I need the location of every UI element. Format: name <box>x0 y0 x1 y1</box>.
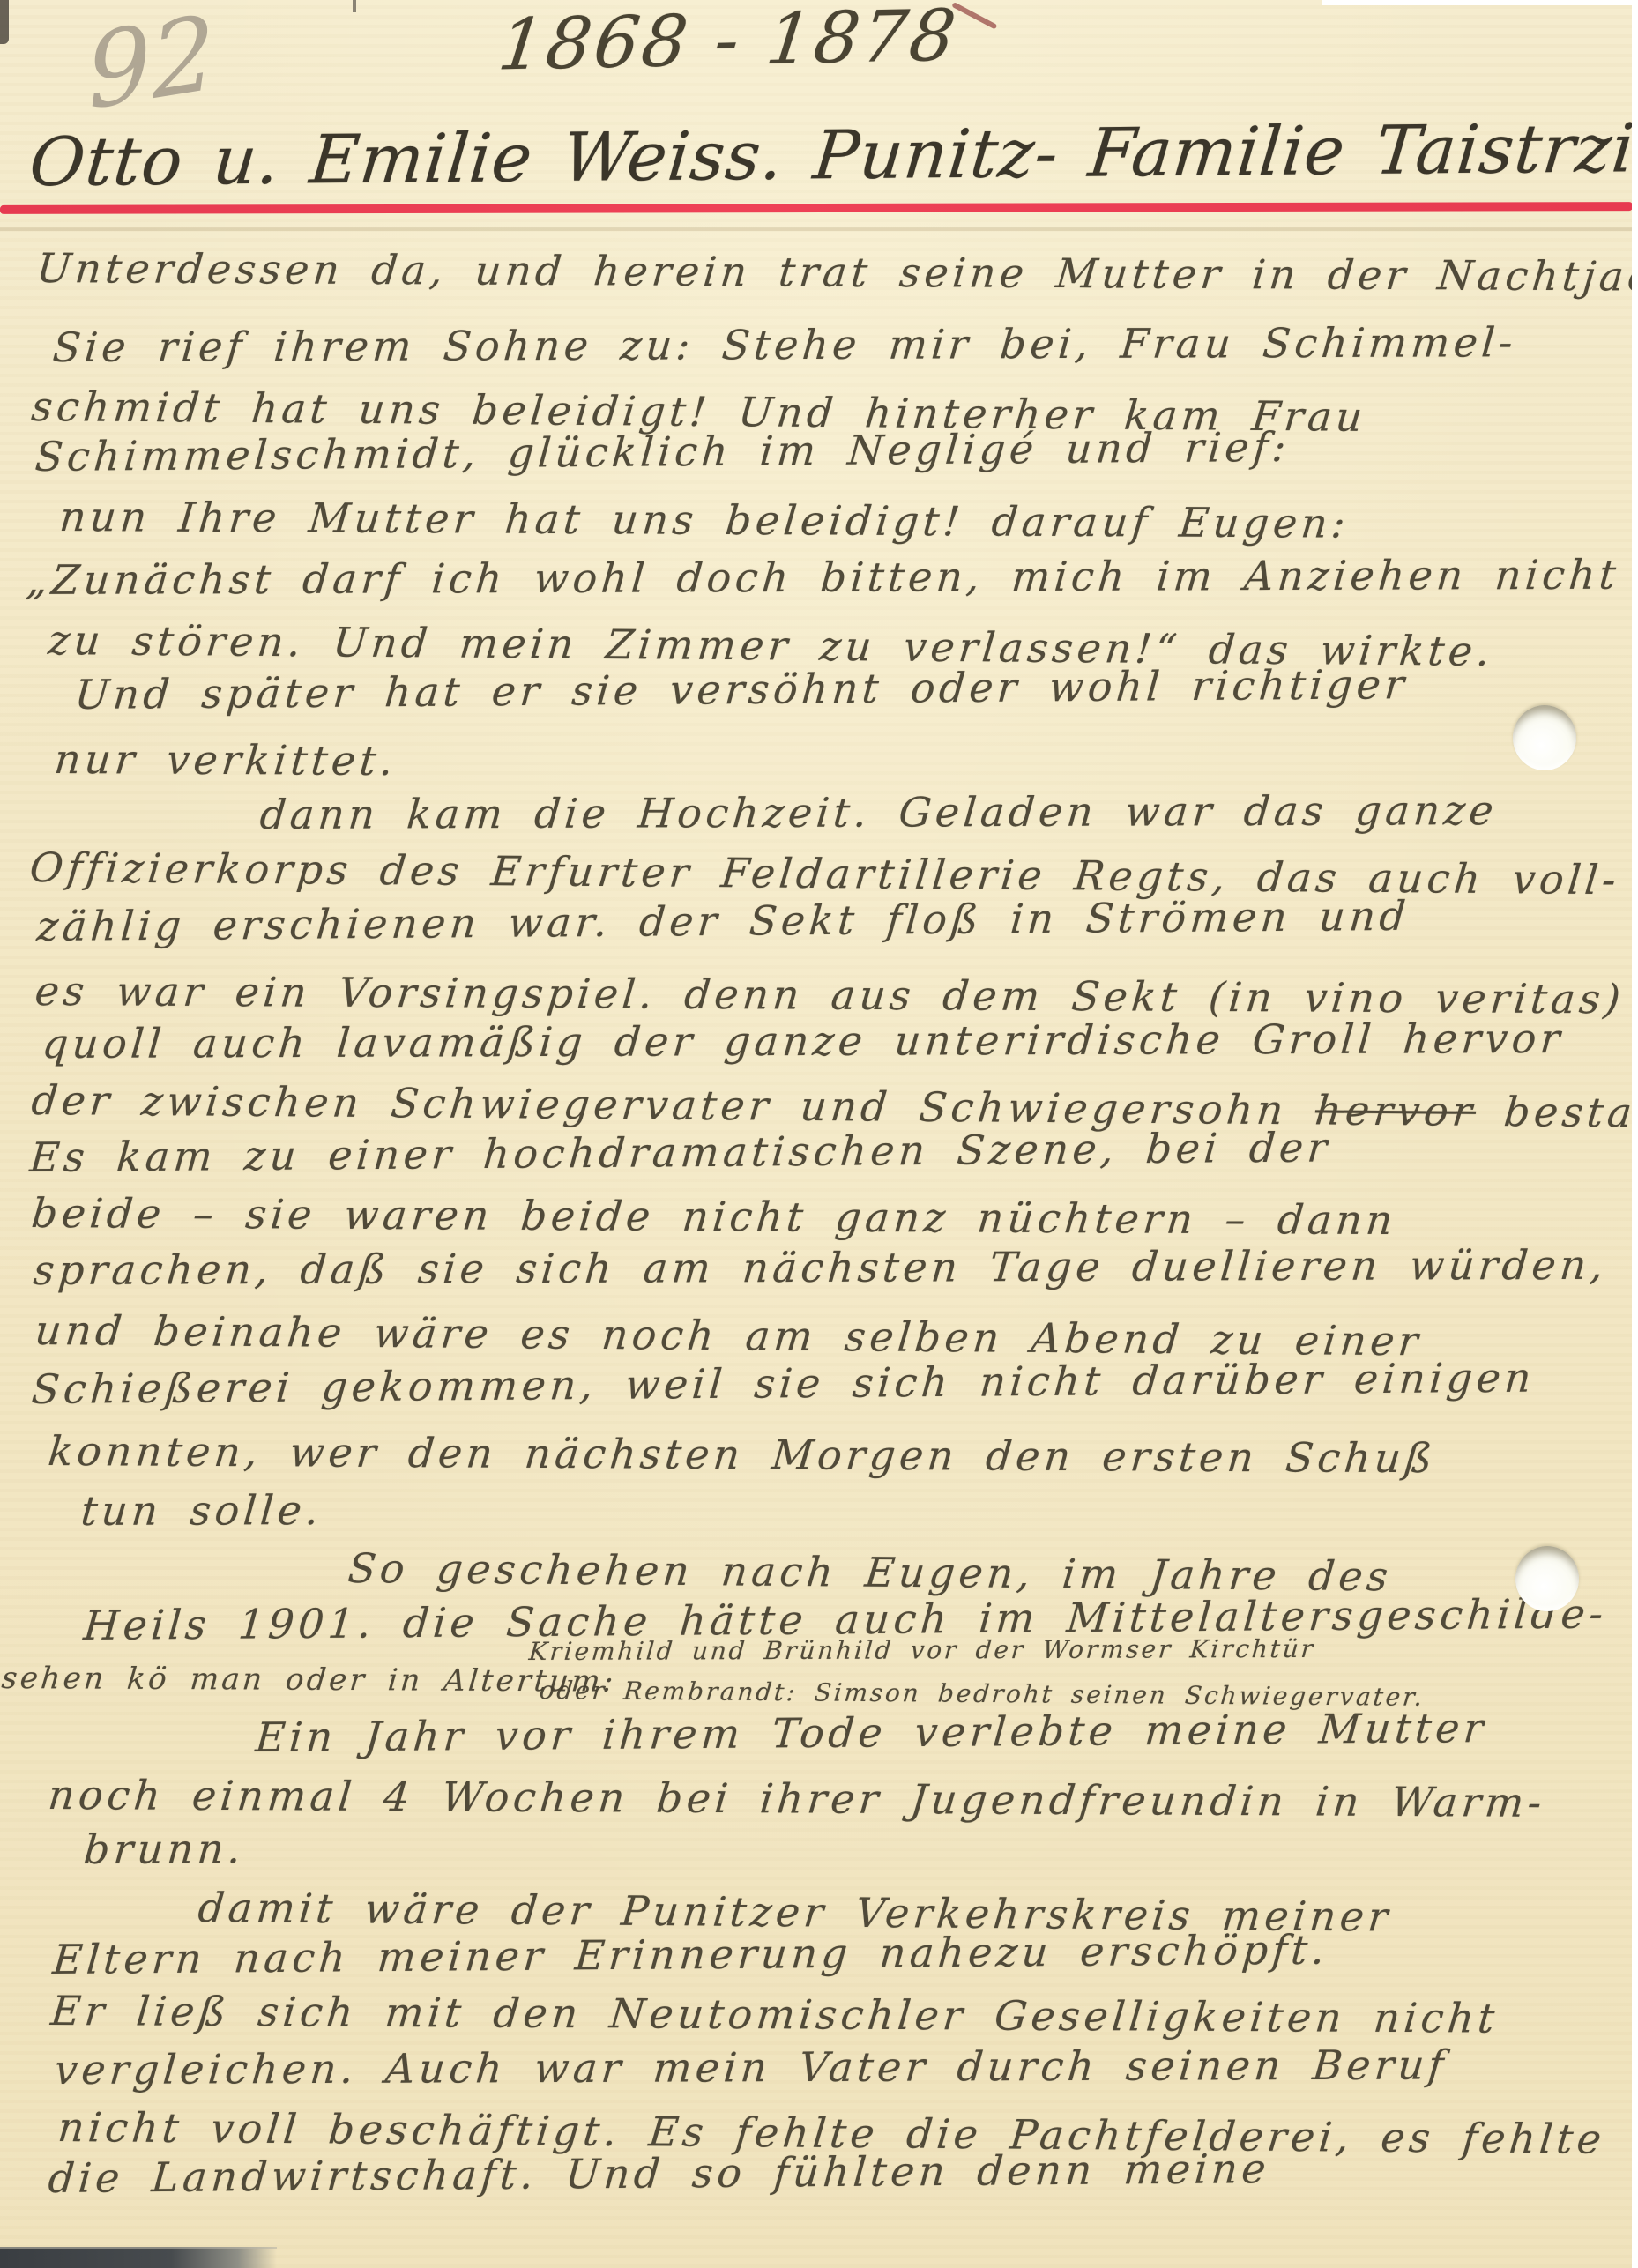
manuscript-line: die Landwirtschaft. Und so fühlten denn … <box>47 2145 1272 2202</box>
manuscript-line: tun solle. <box>79 1487 324 1535</box>
manuscript-line: nun Ihre Mutter hat uns beleidigt! darau… <box>58 494 1351 547</box>
manuscript-line: Unterdessen da, und herein trat seine Mu… <box>35 245 1638 301</box>
manuscript-line: Es kam zu einer hochdramatischen Szene, … <box>28 1124 1333 1181</box>
manuscript-line: vergleichen. Auch war mein Vater durch s… <box>53 2041 1449 2093</box>
manuscript-page: 92 1868 - 1878 Otto u. Emilie Weiss. Pun… <box>0 0 1638 2268</box>
rule-shadow <box>0 227 1638 231</box>
manuscript-line: Sie rief ihrem Sohne zu: Stehe mir bei, … <box>51 319 1519 371</box>
manuscript-line: dann kam die Hochzeit. Geladen war das g… <box>258 787 1500 838</box>
manuscript-line: Schießerei gekommen, weil sie sich nicht… <box>30 1355 1537 1413</box>
punch-hole-bottom <box>1515 1546 1579 1611</box>
manuscript-line: noch einmal 4 Wochen bei ihrer Jugendfre… <box>47 1772 1548 1826</box>
manuscript-line: sprachen, daß sie sich am nächsten Tage … <box>32 1242 1609 1294</box>
struck-word: hervor <box>1313 1086 1478 1134</box>
manuscript-line: Ein Jahr vor ihrem Tode verlebte meine M… <box>254 1705 1489 1761</box>
red-underline-rule <box>0 202 1633 214</box>
left-edge-mark <box>0 0 9 44</box>
manuscript-line: Eltern nach meiner Erinnerung nahezu ers… <box>51 1927 1330 1983</box>
right-edge-strip <box>1632 0 1638 2268</box>
punch-hole-top <box>1513 705 1576 770</box>
bottom-edge-shadow <box>0 2247 277 2268</box>
manuscript-line: Er ließ sich mit den Neutomischler Gesel… <box>49 1988 1500 2041</box>
manuscript-line: quoll auch lavamäßig der ganze unterirdi… <box>41 1015 1566 1067</box>
interline-annotation: Kriemhild und Brünhild vor der Wormser K… <box>528 1635 1316 1666</box>
manuscript-line: brunn. <box>82 1826 247 1873</box>
margin-line: sehen kö man oder in Altertum: <box>0 1662 617 1699</box>
top-edge-strip <box>1322 0 1638 5</box>
manuscript-line: konnten, wer den nächsten Morgen den ers… <box>47 1428 1439 1482</box>
manuscript-line: „Zunächst darf ich wohl doch bitten, mic… <box>25 552 1622 604</box>
page-number: 92 <box>85 2 219 125</box>
manuscript-line: Und später hat er sie versöhnt oder wohl… <box>73 661 1410 718</box>
manuscript-line: beide – sie waren beide nicht ganz nücht… <box>30 1190 1399 1244</box>
manuscript-line: Schimmelschmidt, glücklich im Negligé un… <box>34 424 1292 480</box>
manuscript-line: nur verkittet. <box>53 736 399 785</box>
heading-title: Otto u. Emilie Weiss. Punitz- Familie Ta… <box>26 115 1638 196</box>
date-range: 1868 - 1878 <box>495 0 962 80</box>
manuscript-line: zählig erschienen war. der Sekt floß in … <box>35 893 1411 950</box>
top-edge-tick <box>353 0 356 12</box>
